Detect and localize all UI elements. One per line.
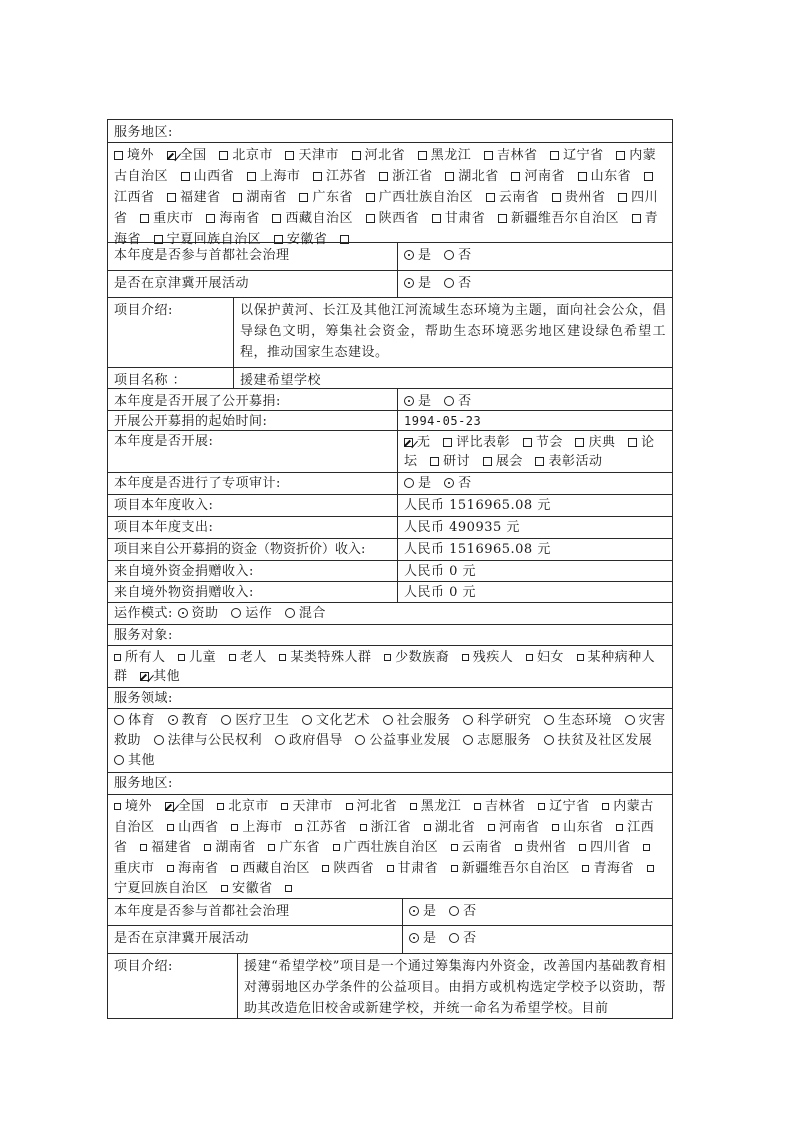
checkbox-unchecked-icon[interactable] bbox=[167, 824, 174, 831]
option-item[interactable]: 广东省 bbox=[268, 840, 328, 855]
option-item[interactable]: 北京市 bbox=[219, 148, 281, 163]
checkbox-unchecked-icon[interactable] bbox=[114, 803, 121, 810]
checkbox-unchecked-icon[interactable] bbox=[579, 844, 586, 851]
radio-selected-icon[interactable] bbox=[404, 396, 414, 406]
checkbox-checked-icon[interactable] bbox=[165, 802, 174, 811]
checkbox-unchecked-icon[interactable] bbox=[346, 803, 353, 810]
radio-label: 否 bbox=[458, 476, 472, 491]
option-item[interactable]: 海南省 bbox=[206, 211, 268, 226]
radio-unselected-icon[interactable] bbox=[463, 735, 473, 745]
checkbox-unchecked-icon[interactable] bbox=[577, 654, 584, 661]
radio-option[interactable]: 是 bbox=[404, 394, 440, 409]
checkbox-unchecked-icon[interactable] bbox=[352, 151, 361, 160]
option-label: 评比表彰 bbox=[456, 435, 510, 450]
checkbox-unchecked-icon[interactable] bbox=[313, 172, 322, 181]
option-item[interactable]: 辽宁省 bbox=[538, 799, 598, 814]
option-item[interactable]: 山东省 bbox=[552, 820, 612, 835]
option-item[interactable]: 研讨 bbox=[430, 454, 478, 469]
option-item[interactable]: 云南省 bbox=[486, 190, 548, 205]
radio-selected-icon[interactable] bbox=[178, 608, 188, 618]
checkbox-unchecked-icon[interactable] bbox=[268, 844, 275, 851]
checkbox-unchecked-icon[interactable] bbox=[167, 865, 174, 872]
option-label: 妇女 bbox=[537, 650, 564, 665]
public-fundraising-label: 本年度是否开展了公开募捐: bbox=[108, 389, 398, 410]
radio-unselected-icon[interactable] bbox=[444, 278, 454, 288]
checkbox-unchecked-icon[interactable] bbox=[418, 151, 427, 160]
checkbox-unchecked-icon[interactable] bbox=[430, 457, 439, 466]
option-item[interactable]: 庆典 bbox=[575, 435, 623, 450]
checkbox-unchecked-icon[interactable] bbox=[299, 193, 308, 202]
option-label: 山东省 bbox=[563, 820, 604, 835]
start-time-row: 开展公开募捐的起始时间: 1994-05-23 bbox=[108, 411, 672, 431]
radio-unselected-icon[interactable] bbox=[221, 715, 231, 725]
option-item[interactable]: 混合 bbox=[285, 606, 334, 621]
checkbox-unchecked-icon[interactable] bbox=[181, 172, 190, 181]
checkbox-checked-icon[interactable] bbox=[404, 438, 413, 447]
option-label: 展会 bbox=[496, 454, 523, 469]
checkbox-unchecked-icon[interactable] bbox=[114, 654, 121, 661]
checkbox-unchecked-icon[interactable] bbox=[575, 438, 584, 447]
radio-unselected-icon[interactable] bbox=[404, 478, 414, 488]
option-item[interactable]: 上海市 bbox=[231, 820, 291, 835]
option-label: 政府倡导 bbox=[289, 733, 343, 748]
checkbox-unchecked-icon[interactable] bbox=[616, 151, 625, 160]
special-audit-row: 本年度是否进行了专项审计: 是 否 bbox=[108, 473, 672, 495]
operation-mode-label: 运作模式: bbox=[114, 606, 173, 621]
radio-option[interactable]: 否 bbox=[444, 394, 480, 409]
checkbox-unchecked-icon[interactable] bbox=[410, 803, 417, 810]
option-item[interactable]: 吉林省 bbox=[474, 799, 534, 814]
option-label: 表彰活动 bbox=[548, 454, 602, 469]
checkbox-checked-icon[interactable] bbox=[140, 672, 149, 681]
project-jingjinji-row: 是否在京津冀开展活动 是 否 bbox=[108, 926, 672, 954]
checkbox-unchecked-icon[interactable] bbox=[552, 824, 559, 831]
checkbox-unchecked-icon[interactable] bbox=[618, 193, 627, 202]
option-item[interactable]: 表彰活动 bbox=[535, 454, 610, 469]
option-item[interactable]: 吉林省 bbox=[484, 148, 546, 163]
option-item[interactable]: 其他 bbox=[114, 753, 163, 768]
radio-label: 是 bbox=[423, 931, 437, 946]
option-label: 贵州省 bbox=[565, 190, 606, 205]
option-label: 云南省 bbox=[462, 840, 503, 855]
expense-label: 项目本年度支出: bbox=[108, 517, 398, 538]
option-item[interactable]: 甘肃省 bbox=[432, 211, 494, 226]
checkbox-unchecked-icon[interactable] bbox=[154, 235, 163, 244]
radio-selected-icon[interactable] bbox=[168, 715, 178, 725]
project-service-area-label: 服务地区: bbox=[108, 773, 672, 794]
option-item[interactable] bbox=[285, 881, 304, 896]
option-item[interactable]: 少数族裔 bbox=[384, 650, 457, 665]
option-item[interactable]: 湖北省 bbox=[445, 169, 507, 184]
checkbox-unchecked-icon[interactable] bbox=[578, 172, 587, 181]
checkbox-unchecked-icon[interactable] bbox=[379, 172, 388, 181]
jingjinji-radio-group: 是 否 bbox=[398, 271, 672, 297]
option-item[interactable]: 境外 bbox=[114, 799, 160, 814]
option-label: 陕西省 bbox=[379, 211, 420, 226]
option-label: 天津市 bbox=[298, 148, 339, 163]
option-item[interactable]: 青海省 bbox=[582, 861, 642, 876]
option-item[interactable]: 北京市 bbox=[217, 799, 277, 814]
option-item[interactable]: 湖南省 bbox=[204, 840, 264, 855]
option-item[interactable]: 福建省 bbox=[140, 840, 200, 855]
checkbox-unchecked-icon[interactable] bbox=[602, 803, 609, 810]
service-fields-radio-group: 体育 教育 医疗卫生 文化艺术 社会服务 科学研究 生态环境 灾害救助 法律与公… bbox=[108, 709, 672, 772]
report-table: 服务地区: 境外 全国 北京市 天津市 河北省 黑龙江 吉林省 辽宁省 内蒙古自… bbox=[107, 119, 673, 1019]
capital-governance-row: 本年度是否参与首都社会治理 是 否 bbox=[108, 243, 672, 271]
checkbox-unchecked-icon[interactable] bbox=[462, 654, 469, 661]
option-item[interactable]: 医疗卫生 bbox=[221, 713, 297, 728]
radio-unselected-icon[interactable] bbox=[231, 608, 241, 618]
radio-label: 否 bbox=[458, 276, 472, 291]
option-item[interactable]: 新疆维吾尔自治区 bbox=[451, 861, 578, 876]
checkbox-unchecked-icon[interactable] bbox=[140, 214, 149, 223]
project-name-label: 项目名称 ： bbox=[108, 368, 234, 388]
option-label: 节会 bbox=[536, 435, 563, 450]
radio-unselected-icon[interactable] bbox=[449, 906, 459, 916]
option-item[interactable]: 文化艺术 bbox=[302, 713, 378, 728]
radio-unselected-icon[interactable] bbox=[449, 933, 459, 943]
radio-unselected-icon[interactable] bbox=[383, 715, 393, 725]
option-item[interactable]: 西藏自治区 bbox=[272, 211, 361, 226]
radio-unselected-icon[interactable] bbox=[275, 735, 285, 745]
option-label: 河北省 bbox=[365, 148, 406, 163]
checkbox-unchecked-icon[interactable] bbox=[384, 654, 391, 661]
checkbox-unchecked-icon[interactable] bbox=[488, 824, 495, 831]
checkbox-unchecked-icon[interactable] bbox=[285, 151, 294, 160]
option-label: 青海省 bbox=[593, 861, 634, 876]
option-label: 福建省 bbox=[151, 840, 192, 855]
option-item[interactable]: 广西壮族自治区 bbox=[333, 840, 447, 855]
option-item[interactable]: 西藏自治区 bbox=[231, 861, 318, 876]
operation-mode-row: 运作模式: 资助 运作 混合 bbox=[108, 603, 672, 625]
checkbox-checked-icon[interactable] bbox=[167, 151, 176, 160]
option-item[interactable]: 妇女 bbox=[526, 650, 572, 665]
option-label: 辽宁省 bbox=[549, 799, 590, 814]
option-item[interactable]: 体育 bbox=[114, 713, 163, 728]
option-item[interactable]: 贵州省 bbox=[515, 840, 575, 855]
checkbox-unchecked-icon[interactable] bbox=[233, 193, 242, 202]
option-item[interactable]: 全国 bbox=[167, 148, 215, 163]
checkbox-unchecked-icon[interactable] bbox=[167, 193, 176, 202]
option-label: 河北省 bbox=[357, 799, 398, 814]
special-audit-label: 本年度是否进行了专项审计: bbox=[108, 473, 398, 494]
radio-unselected-icon[interactable] bbox=[444, 250, 454, 260]
radio-unselected-icon[interactable] bbox=[544, 735, 554, 745]
checkbox-unchecked-icon[interactable] bbox=[643, 844, 650, 851]
radio-label: 是 bbox=[418, 476, 432, 491]
checkbox-unchecked-icon[interactable] bbox=[538, 803, 545, 810]
checkbox-unchecked-icon[interactable] bbox=[550, 151, 559, 160]
option-label: 海南省 bbox=[178, 861, 219, 876]
option-item[interactable]: 甘肃省 bbox=[387, 861, 447, 876]
checkbox-unchecked-icon[interactable] bbox=[274, 235, 283, 244]
option-item[interactable]: 广西壮族自治区 bbox=[366, 190, 482, 205]
radio-selected-icon[interactable] bbox=[409, 906, 419, 916]
option-item[interactable]: 老人 bbox=[229, 650, 275, 665]
option-item[interactable]: 全国 bbox=[165, 799, 213, 814]
checkbox-unchecked-icon[interactable] bbox=[523, 438, 532, 447]
option-item[interactable]: 辽宁省 bbox=[550, 148, 612, 163]
project-capital-governance-label: 本年度是否参与首都社会治理 bbox=[108, 899, 403, 925]
option-item[interactable]: 资助 bbox=[178, 606, 227, 621]
option-label: 重庆市 bbox=[153, 211, 194, 226]
checkbox-unchecked-icon[interactable] bbox=[340, 235, 349, 244]
radio-option[interactable]: 否 bbox=[449, 931, 485, 946]
radio-option[interactable]: 是 bbox=[404, 248, 440, 263]
option-item[interactable]: 运作 bbox=[231, 606, 280, 621]
option-item[interactable]: 评比表彰 bbox=[443, 435, 518, 450]
option-label: 云南省 bbox=[499, 190, 540, 205]
checkbox-unchecked-icon[interactable] bbox=[424, 824, 431, 831]
option-item[interactable]: 福建省 bbox=[167, 190, 229, 205]
radio-label: 是 bbox=[418, 394, 432, 409]
option-item[interactable]: 残疾人 bbox=[462, 650, 522, 665]
option-label: 湖南省 bbox=[215, 840, 256, 855]
option-label: 吉林省 bbox=[497, 148, 538, 163]
checkbox-unchecked-icon[interactable] bbox=[483, 457, 492, 466]
checkbox-unchecked-icon[interactable] bbox=[486, 193, 495, 202]
activities-row: 本年度是否开展: 无 评比表彰 节会 庆典 论坛 研讨 展会 表彰活动 bbox=[108, 431, 672, 473]
option-item[interactable]: 安徽省 bbox=[221, 881, 281, 896]
option-item[interactable]: 山西省 bbox=[181, 169, 243, 184]
checkbox-unchecked-icon[interactable] bbox=[178, 654, 185, 661]
checkbox-unchecked-icon[interactable] bbox=[451, 844, 458, 851]
option-item[interactable]: 其他 bbox=[140, 669, 188, 684]
radio-option[interactable]: 否 bbox=[449, 904, 485, 919]
option-label: 医疗卫生 bbox=[235, 713, 289, 728]
radio-option[interactable]: 否 bbox=[444, 248, 480, 263]
checkbox-unchecked-icon[interactable] bbox=[498, 214, 507, 223]
option-label: 上海市 bbox=[260, 169, 301, 184]
radio-selected-icon[interactable] bbox=[409, 933, 419, 943]
option-item[interactable]: 法律与公民权利 bbox=[154, 733, 271, 748]
checkbox-unchecked-icon[interactable] bbox=[295, 824, 302, 831]
project-intro-text: 援建“希望学校”项目是一个通过筹集海内外资金，改善国内基础教育相对薄弱地区办学条… bbox=[238, 954, 672, 1018]
option-label: 少数族裔 bbox=[395, 650, 449, 665]
option-label: 残疾人 bbox=[473, 650, 514, 665]
special-audit-radio-group: 是 否 bbox=[398, 473, 672, 494]
radio-unselected-icon[interactable] bbox=[114, 755, 124, 765]
option-label: 文化艺术 bbox=[316, 713, 370, 728]
option-label: 生态环境 bbox=[558, 713, 612, 728]
option-item[interactable]: 展会 bbox=[483, 454, 531, 469]
checkbox-unchecked-icon[interactable] bbox=[445, 172, 454, 181]
option-label: 无 bbox=[417, 435, 431, 450]
checkbox-unchecked-icon[interactable] bbox=[272, 214, 281, 223]
option-item[interactable]: 上海市 bbox=[247, 169, 309, 184]
checkbox-unchecked-icon[interactable] bbox=[644, 172, 653, 181]
radio-label: 否 bbox=[458, 248, 472, 263]
option-item[interactable]: 境外 bbox=[114, 148, 162, 163]
radio-selected-icon[interactable] bbox=[404, 278, 414, 288]
option-item[interactable]: 湖南省 bbox=[233, 190, 295, 205]
option-item[interactable]: 江苏省 bbox=[313, 169, 375, 184]
service-area-label: 服务地区: bbox=[108, 120, 672, 142]
option-item[interactable]: 科学研究 bbox=[463, 713, 539, 728]
option-label: 辽宁省 bbox=[563, 148, 604, 163]
checkbox-unchecked-icon[interactable] bbox=[322, 865, 329, 872]
intro-row: 项目介绍: 以保护黄河、长江及其他江河流域生态环境为主题，面向社会公众，倡导绿色… bbox=[108, 298, 672, 368]
option-item[interactable]: 四川省 bbox=[579, 840, 639, 855]
radio-unselected-icon[interactable] bbox=[544, 715, 554, 725]
overseas-funds-value: 人民币 0 元 bbox=[398, 561, 672, 581]
option-item[interactable]: 陕西省 bbox=[366, 211, 428, 226]
checkbox-unchecked-icon[interactable] bbox=[206, 214, 215, 223]
project-intro-row: 项目介绍: 援建“希望学校”项目是一个通过筹集海内外资金，改善国内基础教育相对薄… bbox=[108, 954, 672, 1018]
checkbox-unchecked-icon[interactable] bbox=[204, 844, 211, 851]
checkbox-unchecked-icon[interactable] bbox=[552, 193, 561, 202]
radio-unselected-icon[interactable] bbox=[625, 715, 635, 725]
checkbox-unchecked-icon[interactable] bbox=[535, 457, 544, 466]
option-label: 科学研究 bbox=[477, 713, 531, 728]
option-item[interactable]: 生态环境 bbox=[544, 713, 620, 728]
option-item[interactable]: 新疆维吾尔自治区 bbox=[498, 211, 627, 226]
checkbox-unchecked-icon[interactable] bbox=[632, 214, 641, 223]
radio-option[interactable]: 是 bbox=[409, 931, 445, 946]
checkbox-unchecked-icon[interactable] bbox=[217, 803, 224, 810]
option-item[interactable]: 公益事业发展 bbox=[355, 733, 458, 748]
checkbox-unchecked-icon[interactable] bbox=[366, 214, 375, 223]
checkbox-unchecked-icon[interactable] bbox=[515, 844, 522, 851]
checkbox-unchecked-icon[interactable] bbox=[474, 803, 481, 810]
option-item[interactable]: 天津市 bbox=[285, 148, 347, 163]
option-label: 天津市 bbox=[292, 799, 333, 814]
option-item[interactable]: 山东省 bbox=[578, 169, 640, 184]
checkbox-unchecked-icon[interactable] bbox=[333, 844, 340, 851]
overseas-funds-row: 来自境外资金捐赠收入: 人民币 0 元 bbox=[108, 561, 672, 582]
radio-unselected-icon[interactable] bbox=[302, 715, 312, 725]
radio-option[interactable]: 是 bbox=[409, 904, 445, 919]
radio-selected-icon[interactable] bbox=[404, 250, 414, 260]
option-label: 江西省 bbox=[114, 190, 155, 205]
checkbox-unchecked-icon[interactable] bbox=[229, 654, 236, 661]
expense-row: 项目本年度支出: 人民币 490935 元 bbox=[108, 517, 672, 539]
radio-option[interactable]: 是 bbox=[404, 276, 440, 291]
option-label: 新疆维吾尔自治区 bbox=[511, 211, 619, 226]
checkbox-unchecked-icon[interactable] bbox=[231, 824, 238, 831]
option-item[interactable]: 重庆市 bbox=[140, 211, 202, 226]
checkbox-unchecked-icon[interactable] bbox=[279, 654, 286, 661]
option-item[interactable]: 某类特殊人群 bbox=[279, 650, 379, 665]
option-label: 海南省 bbox=[219, 211, 260, 226]
project-capital-governance-radio-group: 是 否 bbox=[403, 899, 672, 925]
public-income-label: 项目来自公开募捐的资金（物资折价）收入: bbox=[108, 539, 398, 560]
checkbox-unchecked-icon[interactable] bbox=[140, 844, 147, 851]
option-item[interactable]: 黑龙江 bbox=[418, 148, 480, 163]
document-page: 服务地区: 境外 全国 北京市 天津市 河北省 黑龙江 吉林省 辽宁省 内蒙古自… bbox=[0, 0, 799, 1122]
radio-option[interactable]: 是 bbox=[404, 476, 440, 491]
option-item[interactable]: 无 bbox=[404, 435, 439, 450]
checkbox-unchecked-icon[interactable] bbox=[451, 865, 458, 872]
checkbox-unchecked-icon[interactable] bbox=[582, 865, 589, 872]
checkbox-unchecked-icon[interactable] bbox=[219, 151, 228, 160]
option-item[interactable]: 河南省 bbox=[511, 169, 573, 184]
checkbox-unchecked-icon[interactable] bbox=[526, 654, 533, 661]
option-item[interactable]: 广东省 bbox=[299, 190, 361, 205]
option-label: 其他 bbox=[128, 753, 155, 768]
project-service-area-header-row: 服务地区: bbox=[108, 773, 672, 795]
checkbox-unchecked-icon[interactable] bbox=[231, 865, 238, 872]
option-item[interactable]: 陕西省 bbox=[322, 861, 382, 876]
radio-unselected-icon[interactable] bbox=[154, 735, 164, 745]
checkbox-unchecked-icon[interactable] bbox=[221, 885, 228, 892]
option-item[interactable]: 所有人 bbox=[114, 650, 174, 665]
expense-value: 人民币 490935 元 bbox=[398, 517, 672, 538]
radio-unselected-icon[interactable] bbox=[463, 715, 473, 725]
option-item[interactable]: 政府倡导 bbox=[275, 733, 351, 748]
checkbox-unchecked-icon[interactable] bbox=[511, 172, 520, 181]
option-item[interactable]: 山西省 bbox=[167, 820, 227, 835]
radio-unselected-icon[interactable] bbox=[355, 735, 365, 745]
project-service-area-options-row: 境外 全国 北京市 天津市 河北省 黑龙江 吉林省 辽宁省 内蒙古自治区 山西省… bbox=[108, 795, 672, 899]
radio-option[interactable]: 否 bbox=[444, 476, 480, 491]
checkbox-unchecked-icon[interactable] bbox=[647, 865, 654, 872]
checkbox-unchecked-icon[interactable] bbox=[360, 824, 367, 831]
checkbox-unchecked-icon[interactable] bbox=[366, 193, 375, 202]
checkbox-unchecked-icon[interactable] bbox=[432, 214, 441, 223]
checkbox-unchecked-icon[interactable] bbox=[114, 151, 123, 160]
income-label: 项目本年度收入: bbox=[108, 495, 398, 516]
checkbox-unchecked-icon[interactable] bbox=[616, 824, 623, 831]
service-area-options-row: 境外 全国 北京市 天津市 河北省 黑龙江 吉林省 辽宁省 内蒙古自治区 山西省… bbox=[108, 143, 672, 243]
option-item[interactable]: 儿童 bbox=[178, 650, 224, 665]
checkbox-unchecked-icon[interactable] bbox=[247, 172, 256, 181]
option-item[interactable]: 浙江省 bbox=[379, 169, 441, 184]
option-item[interactable]: 贵州省 bbox=[552, 190, 614, 205]
public-income-row: 项目来自公开募捐的资金（物资折价）收入: 人民币 1516965.08 元 bbox=[108, 539, 672, 561]
radio-option[interactable]: 否 bbox=[444, 276, 480, 291]
option-item[interactable]: 河南省 bbox=[488, 820, 548, 835]
option-item[interactable]: 教育 bbox=[168, 713, 217, 728]
option-item[interactable]: 云南省 bbox=[451, 840, 511, 855]
checkbox-unchecked-icon[interactable] bbox=[443, 438, 452, 447]
option-item[interactable]: 天津市 bbox=[281, 799, 341, 814]
capital-governance-radio-group: 是 否 bbox=[398, 243, 672, 270]
option-item[interactable]: 志愿服务 bbox=[463, 733, 539, 748]
checkbox-unchecked-icon[interactable] bbox=[387, 865, 394, 872]
option-item[interactable]: 湖北省 bbox=[424, 820, 484, 835]
option-label: 山东省 bbox=[591, 169, 632, 184]
option-item[interactable]: 社会服务 bbox=[383, 713, 459, 728]
checkbox-unchecked-icon[interactable] bbox=[285, 885, 292, 892]
option-label: 江苏省 bbox=[306, 820, 347, 835]
checkbox-unchecked-icon[interactable] bbox=[281, 803, 288, 810]
option-item[interactable]: 节会 bbox=[523, 435, 571, 450]
option-item[interactable]: 河北省 bbox=[346, 799, 406, 814]
project-service-area-checkbox-group: 境外 全国 北京市 天津市 河北省 黑龙江 吉林省 辽宁省 内蒙古自治区 山西省… bbox=[108, 795, 672, 898]
option-label: 老人 bbox=[240, 650, 267, 665]
radio-selected-icon[interactable] bbox=[444, 478, 454, 488]
option-item[interactable]: 江苏省 bbox=[295, 820, 355, 835]
option-item[interactable]: 河北省 bbox=[352, 148, 414, 163]
option-label: 新疆维吾尔自治区 bbox=[462, 861, 570, 876]
option-label: 江苏省 bbox=[326, 169, 367, 184]
radio-unselected-icon[interactable] bbox=[114, 715, 124, 725]
option-item[interactable]: 浙江省 bbox=[360, 820, 420, 835]
option-item[interactable]: 扶贫及社区发展 bbox=[544, 733, 661, 748]
option-label: 宁夏回族自治区 bbox=[114, 881, 209, 896]
radio-unselected-icon[interactable] bbox=[285, 608, 295, 618]
checkbox-unchecked-icon[interactable] bbox=[628, 438, 637, 447]
option-item[interactable]: 海南省 bbox=[167, 861, 227, 876]
option-label: 河南省 bbox=[524, 169, 565, 184]
checkbox-unchecked-icon[interactable] bbox=[484, 151, 493, 160]
radio-unselected-icon[interactable] bbox=[444, 396, 454, 406]
option-item[interactable]: 黑龙江 bbox=[410, 799, 470, 814]
option-label: 广西壮族自治区 bbox=[379, 190, 474, 205]
option-label: 广东省 bbox=[279, 840, 320, 855]
option-label: 黑龙江 bbox=[421, 799, 462, 814]
